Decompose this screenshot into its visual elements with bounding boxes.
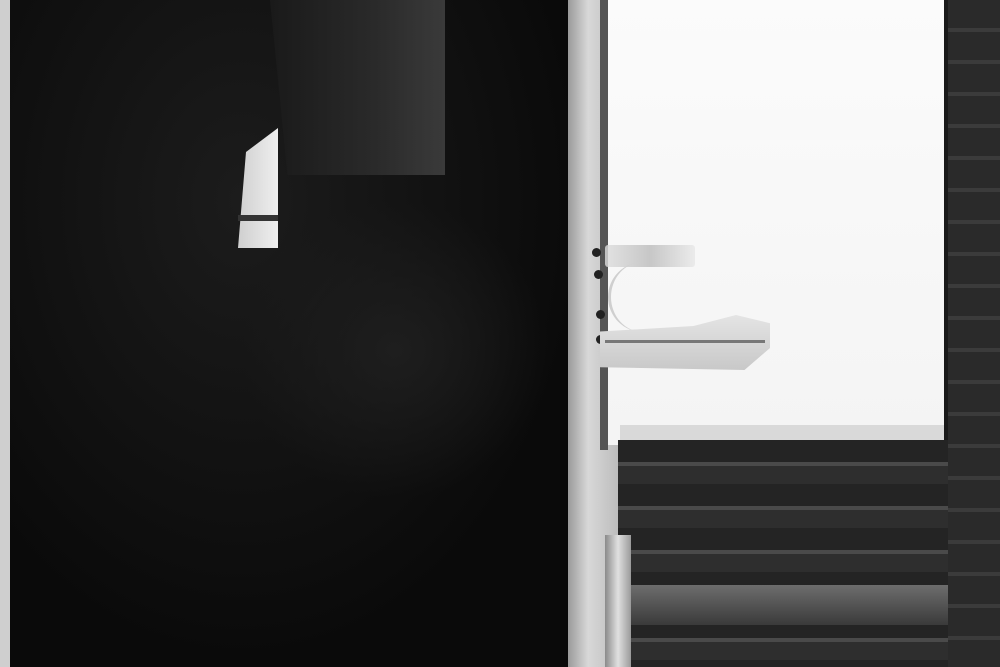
lampshade: [270, 0, 445, 175]
paneled-wall: [618, 440, 950, 667]
brick-edge: [948, 0, 1000, 667]
bright-doorway: [608, 0, 948, 445]
hinge-screw: [592, 248, 601, 257]
wooden-post: [605, 535, 631, 667]
door-frame-edge: [600, 0, 608, 450]
film-border: [0, 0, 10, 667]
wall-highlight: [630, 585, 950, 625]
hinge-screw: [596, 310, 605, 319]
photograph: [0, 0, 1000, 667]
shadowed-figure: [240, 200, 550, 500]
hinge-screw: [594, 270, 603, 279]
garment-fold: [605, 340, 765, 343]
